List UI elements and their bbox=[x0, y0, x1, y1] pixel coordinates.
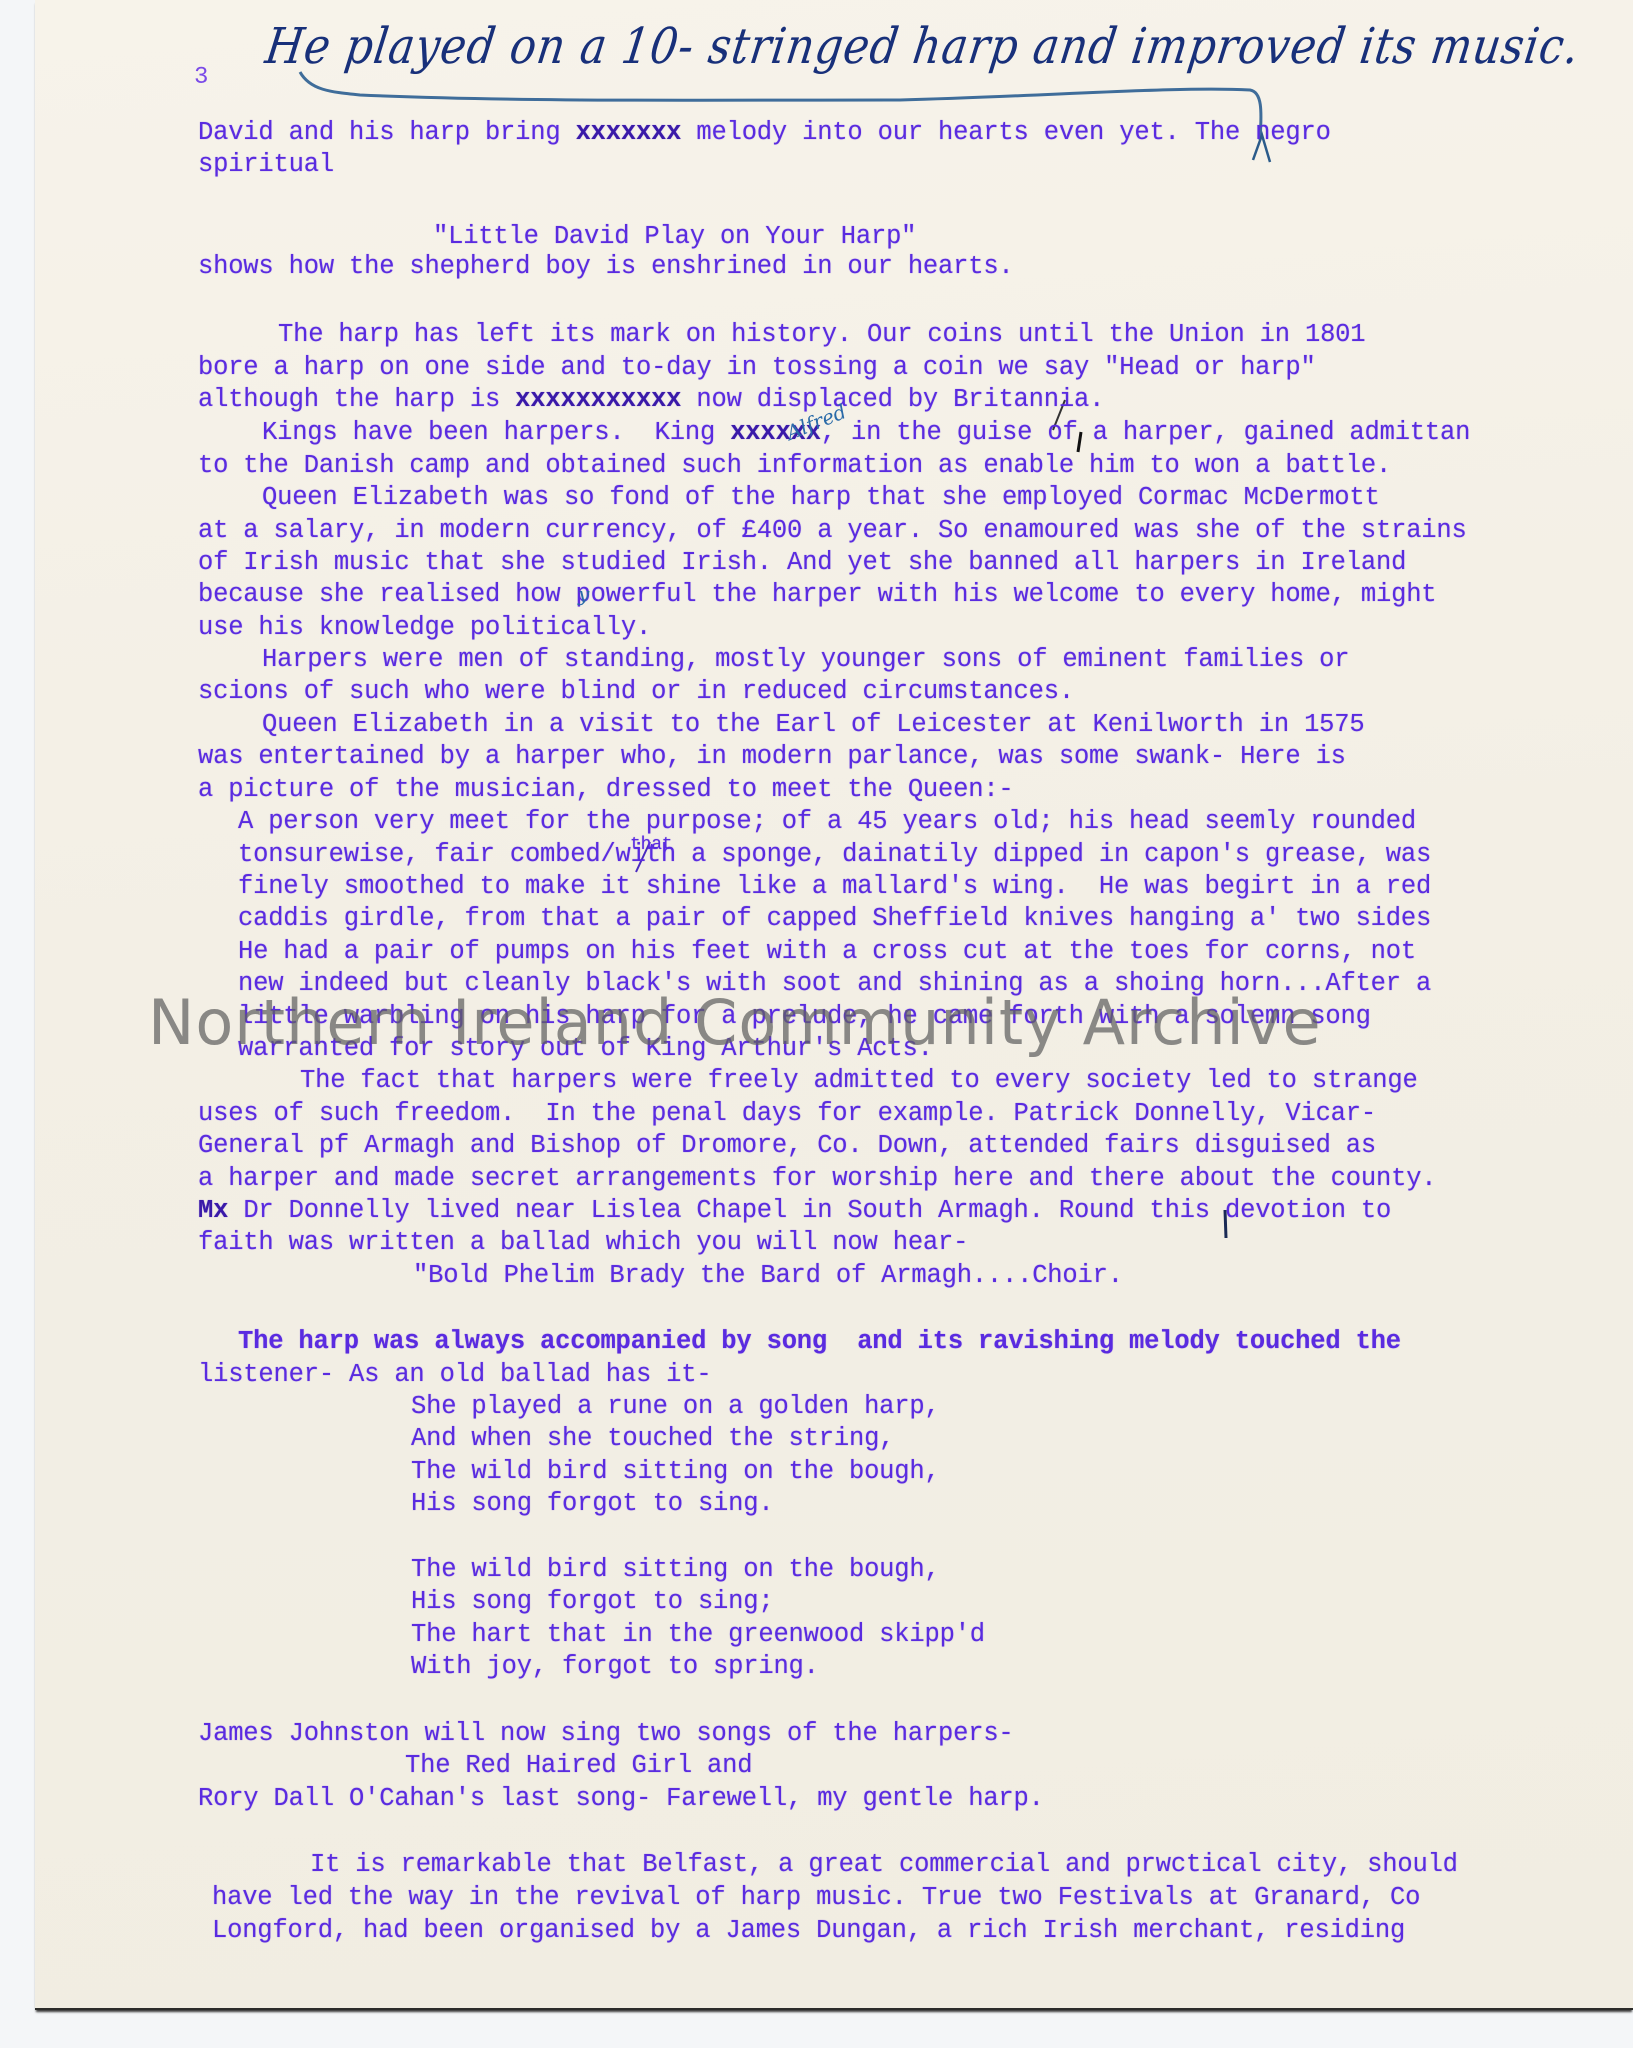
typed-line: She played a rune on a golden harp, bbox=[411, 1392, 940, 1422]
typed-line: "Little David Play on Your Harp" bbox=[433, 222, 916, 252]
struck-out-word: xxxxxxxxxxx bbox=[515, 385, 681, 414]
typed-line: at a salary, in modern currency, of £400… bbox=[198, 516, 1467, 546]
typed-line: spiritual bbox=[198, 150, 334, 180]
typed-line: He had a pair of pumps on his feet with … bbox=[238, 937, 1416, 967]
typed-line: was entertained by a harper who, in mode… bbox=[198, 742, 1346, 772]
typed-line: Queen Elizabeth was so fond of the harp … bbox=[262, 483, 1380, 513]
typed-line: The hart that in the greenwood skipp'd bbox=[411, 1620, 985, 1650]
typed-line: Kings have been harpers. King xxxxxx, in… bbox=[262, 418, 1470, 448]
typed-line: David and his harp bring xxxxxxx melody … bbox=[198, 118, 1331, 148]
typed-line: The harp has left its mark on history. O… bbox=[278, 320, 1365, 350]
typed-line: The harp was always accompanied by song … bbox=[238, 1327, 1401, 1357]
typed-line: The wild bird sitting on the bough, bbox=[411, 1555, 940, 1585]
handwritten-y: y bbox=[578, 582, 589, 606]
typed-line: finely smoothed to make it shine like a … bbox=[238, 872, 1431, 902]
typed-line: It is remarkable that Belfast, a great c… bbox=[310, 1850, 1458, 1880]
typed-line: a picture of the musician, dressed to me… bbox=[198, 775, 1014, 805]
typed-line: listener- As an old ballad has it- bbox=[198, 1360, 712, 1390]
typed-line: Mx Dr Donnelly lived near Lislea Chapel … bbox=[198, 1196, 1391, 1226]
typed-line: A person very meet for the purpose; of a… bbox=[238, 807, 1416, 837]
struck-out-word: xxxxxxx bbox=[576, 118, 682, 147]
typed-line: a harper and made secret arrangements fo… bbox=[198, 1164, 1436, 1194]
typed-line: have led the way in the revival of harp … bbox=[212, 1883, 1420, 1913]
typed-line: bore a harp on one side and to-day in to… bbox=[198, 353, 1316, 383]
typed-line: General pf Armagh and Bishop of Dromore,… bbox=[198, 1131, 1376, 1161]
typed-line: faith was written a ballad which you wil… bbox=[198, 1228, 968, 1258]
typed-line: tonsurewise, fair combed/with a sponge, … bbox=[238, 840, 1431, 870]
typed-line: although the harp is xxxxxxxxxxx now dis… bbox=[198, 385, 1104, 415]
typed-line: because she realised how powerful the ha… bbox=[198, 580, 1436, 610]
typed-line: caddis girdle, from that a pair of cappe… bbox=[238, 904, 1431, 934]
typed-line: shows how the shepherd boy is enshrined … bbox=[198, 252, 1014, 282]
typed-line: With joy, forgot to spring. bbox=[411, 1652, 819, 1682]
typed-line: The Red Haired Girl and bbox=[405, 1751, 752, 1781]
typed-line: scions of such who were blind or in redu… bbox=[198, 677, 1074, 707]
watermark: Northern Ireland Community Archive bbox=[148, 986, 1322, 1059]
struck-out-word: Mx bbox=[198, 1196, 228, 1225]
typed-line: James Johnston will now sing two songs o… bbox=[198, 1719, 1014, 1749]
typed-line: The fact that harpers were freely admitt… bbox=[300, 1066, 1418, 1096]
typed-line: use his knowledge politically. bbox=[198, 613, 651, 643]
typed-line: Harpers were men of standing, mostly you… bbox=[262, 645, 1349, 675]
typed-line: of Irish music that she studied Irish. A… bbox=[198, 548, 1406, 578]
typed-line: And when she touched the string, bbox=[411, 1424, 894, 1454]
typed-line: "Bold Phelim Brady the Bard of Armagh...… bbox=[413, 1261, 1123, 1291]
typed-line: His song forgot to sing; bbox=[411, 1587, 773, 1617]
typed-line: The wild bird sitting on the bough, bbox=[411, 1457, 940, 1487]
typed-insert-that: that bbox=[630, 836, 672, 854]
typed-line: Queen Elizabeth in a visit to the Earl o… bbox=[262, 710, 1364, 740]
typed-line: to the Danish camp and obtained such inf… bbox=[198, 451, 1391, 481]
typed-line: Rory Dall O'Cahan's last song- Farewell,… bbox=[198, 1784, 1044, 1814]
typed-line: uses of such freedom. In the penal days … bbox=[198, 1099, 1376, 1129]
typed-line: His song forgot to sing. bbox=[411, 1489, 773, 1519]
typed-line: Longford, had been organised by a James … bbox=[212, 1916, 1405, 1946]
